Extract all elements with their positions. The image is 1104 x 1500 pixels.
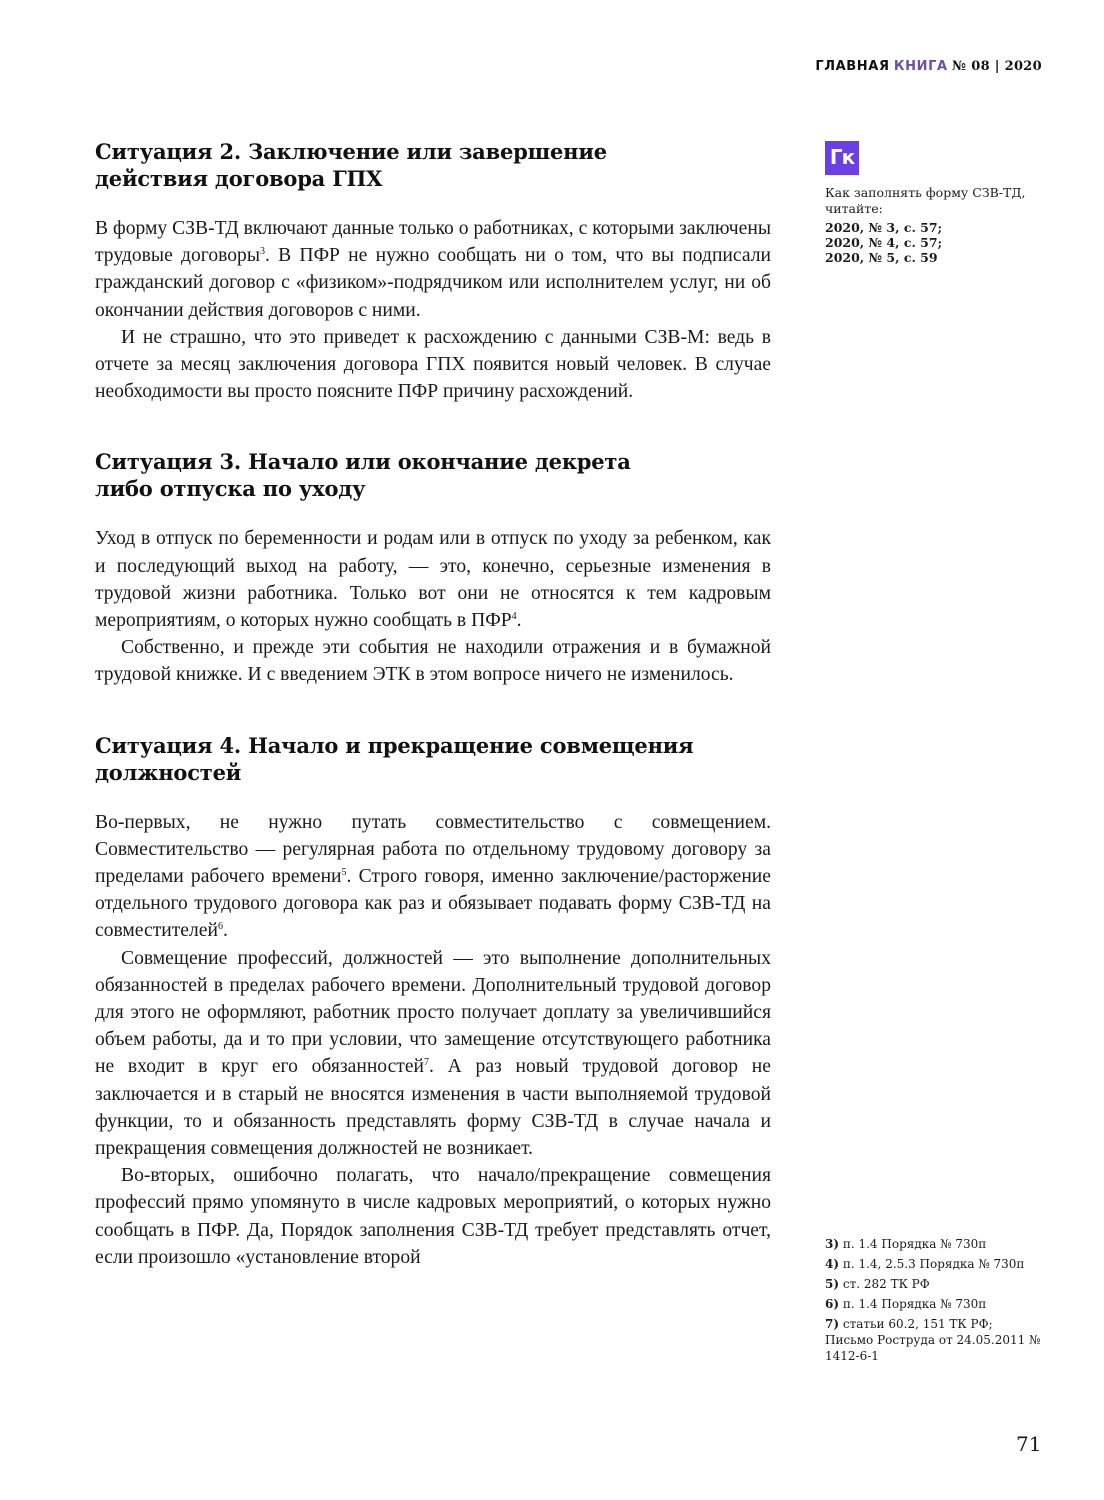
paragraph: В форму СЗВ-ТД включают данные только о … <box>95 215 771 324</box>
article-body: Ситуация 2. Заключение или завершение де… <box>95 138 771 1314</box>
masthead-brand-accent: КНИГА <box>894 59 948 74</box>
section-situation-3: Ситуация 3. Начало или окончание декрета… <box>95 448 771 688</box>
section-heading: Ситуация 2. Заключение или завершение де… <box>95 138 771 192</box>
magazine-masthead: ГЛАВНАЯ КНИГА № 08 | 2020 <box>815 58 1042 74</box>
paragraph: Во-вторых, ошибочно полагать, что начало… <box>95 1162 771 1271</box>
masthead-brand-main: ГЛАВНАЯ <box>815 59 889 74</box>
footnote: 5) ст. 282 ТК РФ <box>825 1276 1065 1292</box>
footnote: 6) п. 1.4 Порядка № 730п <box>825 1296 1065 1312</box>
paragraph: Собственно, и прежде эти события не нахо… <box>95 634 771 688</box>
paragraph: Совмещение профессий, должностей — это в… <box>95 945 771 1163</box>
reference-link[interactable]: 2020, № 4, с. 57; <box>825 235 1055 250</box>
paragraph: И не страшно, что это приведет к расхожд… <box>95 324 771 406</box>
footnote: 4) п. 1.4, 2.5.3 Порядка № 730п <box>825 1256 1065 1272</box>
sidebar-note: Гк Как заполнять форму СЗВ-ТД, читайте: … <box>825 141 1055 265</box>
masthead-issue: № 08 | 2020 <box>952 59 1042 74</box>
sidebar-references: 2020, № 3, с. 57; 2020, № 4, с. 57; 2020… <box>825 220 1055 265</box>
section-situation-2: Ситуация 2. Заключение или завершение де… <box>95 138 771 405</box>
sidebar-note-text: Как заполнять форму СЗВ-ТД, читайте: <box>825 185 1055 216</box>
footnote: 7) статьи 60.2, 151 ТК РФ; Письмо Ростру… <box>825 1316 1043 1364</box>
section-situation-4: Ситуация 4. Начало и прекращение совмеще… <box>95 732 771 1271</box>
page-number: 71 <box>1016 1432 1041 1456</box>
paragraph: Уход в отпуск по беременности и родам ил… <box>95 525 771 634</box>
reference-link[interactable]: 2020, № 3, с. 57; <box>825 220 1055 235</box>
footnote: 3) п. 1.4 Порядка № 730п <box>825 1236 1065 1252</box>
paragraph: Во-первых, не нужно путать совместительс… <box>95 809 771 945</box>
reference-link[interactable]: 2020, № 5, с. 59 <box>825 250 1055 265</box>
section-heading: Ситуация 3. Начало или окончание декрета… <box>95 448 771 502</box>
gk-logo-icon: Гк <box>825 141 859 175</box>
footnotes: 3) п. 1.4 Порядка № 730п 4) п. 1.4, 2.5.… <box>825 1236 1065 1368</box>
section-heading: Ситуация 4. Начало и прекращение совмеще… <box>95 732 771 786</box>
